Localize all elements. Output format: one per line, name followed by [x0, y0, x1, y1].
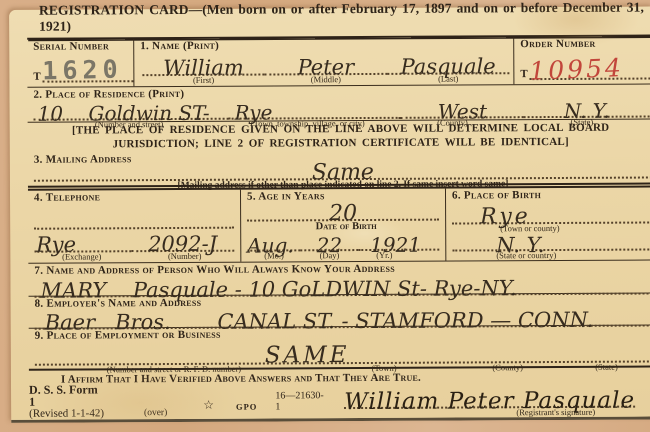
card-footer: D. S. S. Form 1 (Revised 1-1-42) (over) … — [29, 382, 650, 425]
serial-number-box: Serial Number T 1620 — [27, 39, 133, 87]
place-of-birth-label: 6. Place of Birth — [452, 187, 650, 202]
star-icon: ☆ — [203, 398, 214, 413]
scanned-card-scene: REGISTRATION CARD—(Men born on or after … — [0, 0, 650, 432]
row-mailing-address: 3. Mailing Address Same [Mailing address… — [28, 149, 650, 190]
row-residence: 2. Place of Residence (Print) 10 Goldwin… — [27, 84, 650, 122]
serial-number-value: 1620 — [42, 55, 123, 86]
serial-number-label: Serial Number — [33, 39, 133, 54]
order-number-box: Order Number T 10954 — [513, 36, 650, 84]
telephone-number-sublabel: (Number) — [129, 252, 240, 262]
row-employer: 8. Employer's Name and Address Baer Bros… — [29, 293, 650, 328]
name-middle-sublabel: (Middle) — [265, 75, 387, 85]
registration-card: REGISTRATION CARD—(Men born on or after … — [9, 6, 650, 422]
row-place-of-employment: 9. Place of Employment or Business SAME … — [29, 325, 650, 370]
order-prefix: T — [520, 68, 529, 80]
name-last-sublabel: (Last) — [387, 74, 509, 84]
age-box: 5. Age in Years 20 Date of Birth Aug. 22… — [240, 189, 445, 262]
row-serial-name-order: Serial Number T 1620 1. Name (Print) Wil… — [27, 36, 650, 87]
name-first-sublabel: (First) — [142, 76, 264, 86]
form-number: D. S. S. Form 1 — [29, 383, 106, 407]
telephone-label: 4. Telephone — [34, 190, 240, 205]
employment-state-sublabel: (State) — [560, 362, 650, 371]
telephone-box: 4. Telephone Rye 2092-J (Exchange) (Numb… — [28, 190, 240, 263]
row-telephone-age-birth: 4. Telephone Rye 2092-J (Exchange) (Numb… — [28, 187, 650, 263]
employment-county-sublabel: (County) — [455, 363, 560, 373]
card-title: REGISTRATION CARD—(Men born on or after … — [39, 0, 650, 35]
serial-prefix: T — [33, 71, 42, 83]
over-label: (over) — [144, 408, 167, 418]
birth-state-sublabel: (State or country) — [452, 250, 650, 260]
telephone-exchange-sublabel: (Exchange) — [34, 252, 129, 261]
card-header: REGISTRATION CARD—(Men born on or after … — [27, 6, 650, 39]
birth-day-sublabel: (Day) — [301, 251, 358, 260]
date-of-birth-label: Date of Birth — [247, 221, 445, 234]
birth-month-sublabel: (Mo.) — [247, 251, 300, 260]
gpo-label: GPO — [236, 402, 257, 412]
birth-year-sublabel: (Yr.) — [358, 251, 445, 260]
employment-town-sublabel: (Town) — [313, 364, 455, 374]
jurisdiction-notice: [THE PLACE OF RESIDENCE GIVEN ON THE LIN… — [28, 119, 650, 152]
form-revised: (Revised 1-1-42) — [29, 407, 106, 419]
print-code: 16—21630-1 — [275, 390, 328, 412]
telephone-blank-line — [34, 204, 234, 230]
name-box: 1. Name (Print) William Peter Pasquale (… — [133, 37, 513, 86]
row-contact-person: 7. Name and Address of Person Who Will A… — [28, 260, 650, 296]
order-number-label: Order Number — [520, 36, 650, 51]
order-number-value: 10954 — [529, 53, 625, 86]
employment-street-sublabel: (Number and street or R. F. D. number) — [35, 364, 313, 374]
place-of-birth-box: 6. Place of Birth Rye (Town or county) N… — [445, 187, 650, 260]
